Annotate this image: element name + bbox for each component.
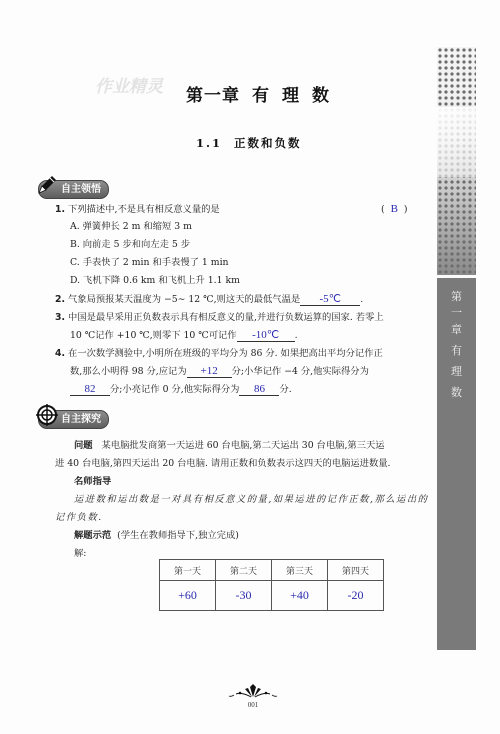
answer-blank[interactable]: -5℃ [300,294,360,306]
question-4: 4.在一次数学测验中,小明所在班级的平均分为 86 分. 如果把高出平均分记作正 [55,347,383,361]
side-tab-char: 一 [437,308,476,320]
question-3-line2: 10 ℃记作 +10 ℃,则零下 10 ℃可记作-10℃. [70,329,298,343]
question-number: 3. [55,312,65,323]
paren-close: ) [404,204,408,215]
question-text: 数,那么小明得 98 分,应记为 [70,366,187,377]
demo-label: 解题示范 (学生在教师指导下,独立完成) [74,529,239,543]
question-3: 3.中国是最早采用正负数表示具有相反意义的量,并进行负数运算的国家. 若零上 [55,311,384,325]
chapter-title: 第一章有理数 [186,81,330,106]
days-table: 第一天 第二天 第三天 第四天 +60 -30 +40 -20 [159,559,384,611]
option-b: B. 向前走 5 步和向左走 5 步 [70,238,190,252]
answer-blank[interactable]: -10℃ [237,330,295,342]
side-tab-char: 理 [437,362,476,383]
chapter-title-char: 有 [252,86,270,106]
question-text: 分. [279,384,291,395]
table-header-cell: 第一天 [160,560,216,581]
crosshair-target-icon [35,403,59,427]
guide-text: 运进数和运出数是一对具有相反意义的量,如果运进的记作正数,那么运出的 [74,493,428,507]
side-tab-char: 有 [437,341,476,362]
guide-label-text: 名师指导 [74,476,111,487]
answer-blank[interactable]: 86 [239,384,279,396]
problem-statement-line2: 进 40 台电脑,第四天运出 20 台电脑. 请用正数和负数表示这四天的电脑运进… [55,457,391,471]
demo-label-text: 解题示范 [74,530,111,541]
tab-divider [437,275,476,278]
floral-ornament-icon [228,683,278,699]
guide-label: 名师指导 [74,475,111,489]
question-text: 分;小亮记作 0 分,他实际得分为 [110,384,239,395]
page-footer: 001 [228,683,278,709]
table-header-row: 第一天 第二天 第三天 第四天 [160,560,384,581]
table-cell-answer[interactable]: -20 [328,581,384,611]
question-text: 10 ℃记作 +10 ℃,则零下 10 ℃可记作 [70,330,237,341]
answer-choice-box: ( B ) [381,202,407,217]
page-number: 001 [228,701,278,709]
question-stem: 下列描述中,不是具有相反意义量的是 [68,204,220,215]
handwritten-answer: B [391,203,398,215]
badge-label: 自主探究 [61,414,101,425]
question-text: 分;小华记作 −4 分,他实际得分为 [232,366,369,377]
option-a: A. 弹簧伸长 2 m 和缩短 3 m [70,220,192,234]
table-header-cell: 第四天 [328,560,384,581]
question-2: 2.气象局预报某天温度为 −5∼ 12 ℃,则这天的最低气温是-5℃. [55,293,363,307]
question-text: 在一次数学测验中,小明所在班级的平均分为 86 分. 如果把高出平均分记作正 [68,348,383,359]
chapter-title-char: 数 [312,86,330,106]
section-title: 1.1 正数和负数 [196,135,302,151]
question-text: . [360,294,363,305]
side-tab-char: 章 [437,320,476,341]
side-tab-char: 数 [437,383,476,404]
question-4-line2: 数,那么小明得 98 分,应记为+12分;小华记作 −4 分,他实际得分为 [70,365,369,379]
question-text: . [295,330,298,341]
answer-blank[interactable]: +12 [187,366,232,378]
table-row: +60 -30 +40 -20 [160,581,384,611]
chapter-title-char: 理 [282,86,300,106]
watermark-logo: 作业精灵 [95,72,163,97]
question-number: 2. [55,294,65,305]
side-tab-char: 第 [437,287,476,308]
question-text: 中国是最早采用正负数表示具有相反意义的量,并进行负数运算的国家. 若零上 [68,312,384,323]
table-header-cell: 第二天 [216,560,272,581]
question-text: 气象局预报某天温度为 −5∼ 12 ℃,则这天的最低气温是 [68,294,300,305]
question-1: 1.下列描述中,不是具有相反意义量的是 [55,203,220,217]
problem-text: 某电脑批发商第一天运进 60 台电脑,第二天运出 30 台电脑,第三天运 [101,440,384,451]
paren-open: ( [381,204,385,215]
side-tab-label: 第 一 章 有 理 数 [437,287,476,404]
table-cell-answer[interactable]: +40 [272,581,328,611]
solution-label: 解: [74,547,86,561]
section-badge-self-exploration: 自主探究 [38,410,109,429]
problem-statement: 问题 某电脑批发商第一天运进 60 台电脑,第二天运出 30 台电脑,第三天运 [74,439,385,453]
section-badge-self-learning: 自主领悟 [38,180,109,199]
question-4-line3: 82分;小亮记作 0 分,他实际得分为86分. [70,383,292,397]
demo-note: (学生在教师指导下,独立完成) [117,530,239,541]
badge-label: 自主领悟 [61,184,101,195]
answer-blank[interactable]: 82 [70,384,110,396]
table-cell-answer[interactable]: +60 [160,581,216,611]
problem-label: 问题 [74,440,93,451]
halftone-pattern [437,47,476,275]
pen-icon [35,173,59,197]
question-number: 4. [55,348,65,359]
table-cell-answer[interactable]: -30 [216,581,272,611]
guide-text-line2: 记作负数. [55,511,103,525]
table-header-cell: 第三天 [272,560,328,581]
option-d: D. 飞机下降 0.6 km 和飞机上升 1.1 km [70,274,240,288]
option-c: C. 手表快了 2 min 和手表慢了 1 min [70,256,229,270]
chapter-number: 第一章 [186,86,240,106]
chapter-side-tab: 第 一 章 有 理 数 [437,47,476,650]
question-number: 1. [55,204,65,215]
